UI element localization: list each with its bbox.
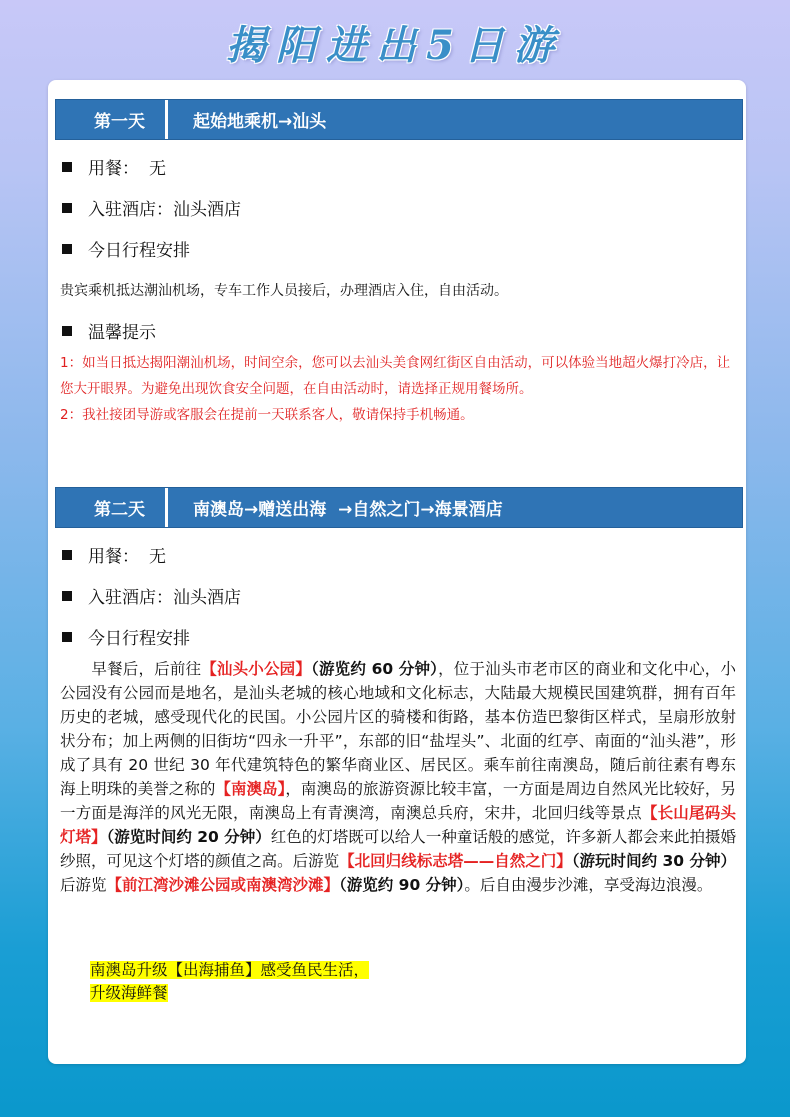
day-1-route: 起始地乘机→汕头 [168,107,326,132]
bullet-square-icon [62,203,72,213]
day-2-schedule-heading: 今日行程安排 [62,624,190,649]
day-1-tips: 1：如当日抵达揭阳潮汕机场，时间空余，您可以去汕头美食网红街区自由活动，可以体验… [60,350,740,428]
day-2-header: 第二天 南澳岛→赠送出海 →自然之门→海景酒店 [55,487,743,528]
schedule-text-segment: 后游览 [60,876,107,894]
duration-note: （游览约 90 分钟） [339,876,464,894]
day-1-meal: 用餐： 无 [62,154,166,179]
upgrade-line-1: 南澳岛升级【出海捕鱼】感受鱼民生活， [90,961,369,979]
attraction-name: 【前江湾沙滩公园或南澳湾沙滩】 [107,876,340,894]
bullet-square-icon [62,632,72,642]
day-1-hotel: 入驻酒店： 汕头酒店 [62,195,241,220]
day-2-label: 第二天 [56,488,168,527]
tip-1: 1：如当日抵达揭阳潮汕机场，时间空余，您可以去汕头美食网红街区自由活动，可以体验… [60,350,740,402]
bullet-square-icon [62,326,72,336]
duration-note: （游玩时间约 30 分钟） [572,852,736,870]
page-title: 揭阳进出5日游 [0,14,790,71]
upgrade-line-2: 升级海鲜餐 [90,984,168,1002]
hotel-label: 入驻酒店： [88,195,173,220]
hotel-value: 汕头酒店 [173,583,241,608]
meal-label: 用餐： [88,154,139,179]
schedule-label: 今日行程安排 [88,236,190,261]
duration-note: （游览时间约 20 分钟） [107,828,271,846]
meal-value: 无 [149,542,166,567]
bullet-square-icon [62,550,72,560]
tip-2: 2：我社接团导游或客服会在提前一天联系客人，敬请保持手机畅通。 [60,402,740,428]
day-1-schedule-heading: 今日行程安排 [62,236,190,261]
day-1-header: 第一天 起始地乘机→汕头 [55,99,743,140]
day-2-route: 南澳岛→赠送出海 →自然之门→海景酒店 [168,495,503,520]
hotel-label: 入驻酒店： [88,583,173,608]
tips-label: 温馨提示 [88,318,156,343]
day-1-label: 第一天 [56,100,168,139]
meal-value: 无 [149,154,166,179]
itinerary-card: 第一天 起始地乘机→汕头 用餐： 无 入驻酒店： 汕头酒店 今日行程安排 贵宾乘… [48,80,746,1064]
attraction-name: 【北回归线标志塔——自然之门】 [339,852,572,870]
schedule-label: 今日行程安排 [88,624,190,649]
day-1-tips-heading: 温馨提示 [62,318,156,343]
day-2-schedule-text: 早餐后，后前往【汕头小公园】（游览约 60 分钟），位于汕头市老市区的商业和文化… [60,657,736,897]
attraction-name: 【南澳岛】 [215,780,285,798]
day-2-upgrade-note: 南澳岛升级【出海捕鱼】感受鱼民生活， 升级海鲜餐 [90,959,369,1005]
bullet-square-icon [62,244,72,254]
schedule-text-segment: 。后自由漫步沙滩，享受海边浪漫。 [464,876,712,894]
attraction-name: 【汕头小公园】 [201,660,311,678]
bullet-square-icon [62,162,72,172]
bullet-square-icon [62,591,72,601]
hotel-value: 汕头酒店 [173,195,241,220]
schedule-text-segment: ，位于汕头市老市区的商业和文化中心，小公园没有公园而是地名，是汕头老城的核心地域… [60,660,736,798]
day-2-hotel: 入驻酒店： 汕头酒店 [62,583,241,608]
duration-note: （游览约 60 分钟） [311,660,438,678]
schedule-text-segment: 早餐后，后前往 [60,660,201,678]
meal-label: 用餐： [88,542,139,567]
day-2-meal: 用餐： 无 [62,542,166,567]
day-1-schedule-text: 贵宾乘机抵达潮汕机场，专车工作人员接后，办理酒店入住，自由活动。 [60,280,508,300]
